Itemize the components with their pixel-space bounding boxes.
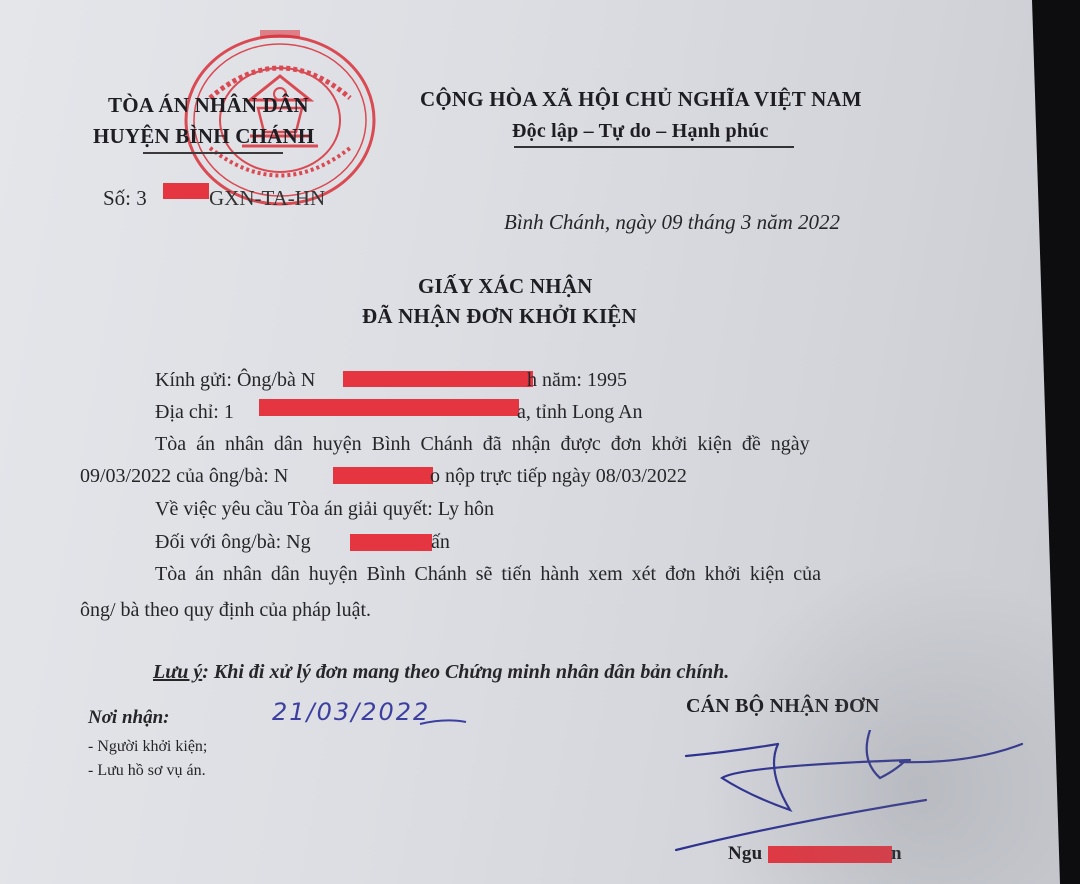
signer-name-prefix: Ngu	[728, 843, 762, 865]
address-prefix: Địa chỉ: 1	[155, 401, 234, 424]
court-name-underline	[143, 152, 283, 154]
received-line2-prefix: 09/03/2022 của ông/bà: N	[80, 465, 288, 488]
review-line2: ông/ bà theo quy định của pháp luật.	[80, 599, 371, 622]
review-line1: Tòa án nhân dân huyện Bình Chánh sẽ tiến…	[155, 563, 821, 586]
redacted-document-number	[163, 183, 209, 199]
handwritten-signature-icon	[670, 730, 1050, 860]
national-motto: Độc lập – Tự do – Hạnh phúc	[512, 120, 769, 143]
document-page: TÒA ÁN NHÂN DÂN HUYỆN BÌNH CHÁNH Số: 3 G…	[0, 0, 1080, 884]
address-suffix: a, tỉnh Long An	[517, 401, 643, 424]
signer-name-suffix: n	[891, 843, 902, 865]
respondent-prefix: Đối với ông/bà: Ng	[155, 531, 311, 554]
respondent-suffix: ấn	[431, 531, 450, 554]
distribution-label: Nơi nhận:	[88, 707, 169, 729]
distribution-item: - Người khởi kiện;	[88, 738, 207, 756]
redacted-address	[259, 399, 519, 416]
matter-line: Về việc yêu cầu Tòa án giải quyết: Ly hô…	[155, 498, 494, 521]
document-title-line2: ĐÃ NHẬN ĐƠN KHỞI KIỆN	[362, 304, 637, 329]
redacted-plaintiff-name	[333, 467, 433, 484]
handwritten-date-underline	[270, 700, 470, 736]
nation-title: CỘNG HÒA XÃ HỘI CHỦ NGHĨA VIỆT NAM	[420, 87, 862, 112]
received-line1: Tòa án nhân dân huyện Bình Chánh đã nhận…	[155, 433, 810, 456]
note-line: Lưu ý: Khi đi xử lý đơn mang theo Chứng …	[153, 661, 729, 684]
redacted-recipient-name	[343, 371, 533, 387]
recipient-prefix: Kính gửi: Ông/bà N	[155, 369, 315, 392]
distribution-item: - Lưu hồ sơ vụ án.	[88, 762, 206, 780]
court-seal-stamp-icon	[180, 28, 380, 208]
redacted-respondent-name	[350, 534, 432, 551]
note-text: : Khi đi xử lý đơn mang theo Chứng minh …	[202, 661, 729, 683]
document-title-line1: GIẤY XÁC NHẬN	[418, 274, 593, 299]
redacted-signer-name	[768, 846, 892, 863]
court-name-line2: HUYỆN BÌNH CHÁNH	[93, 124, 314, 149]
place-and-date: Bình Chánh, ngày 09 tháng 3 năm 2022	[504, 210, 840, 235]
court-name-line1: TÒA ÁN NHÂN DÂN	[108, 93, 309, 118]
signature-title: CÁN BỘ NHẬN ĐƠN	[686, 695, 880, 718]
received-line2-suffix: o nộp trực tiếp ngày 08/03/2022	[430, 465, 687, 488]
recipient-suffix: h năm: 1995	[527, 369, 627, 392]
note-label: Lưu ý	[153, 661, 202, 683]
motto-underline	[514, 146, 794, 148]
document-number-suffix: GXN-TA-HN	[209, 186, 325, 211]
document-number-prefix: Số: 3	[103, 186, 147, 211]
